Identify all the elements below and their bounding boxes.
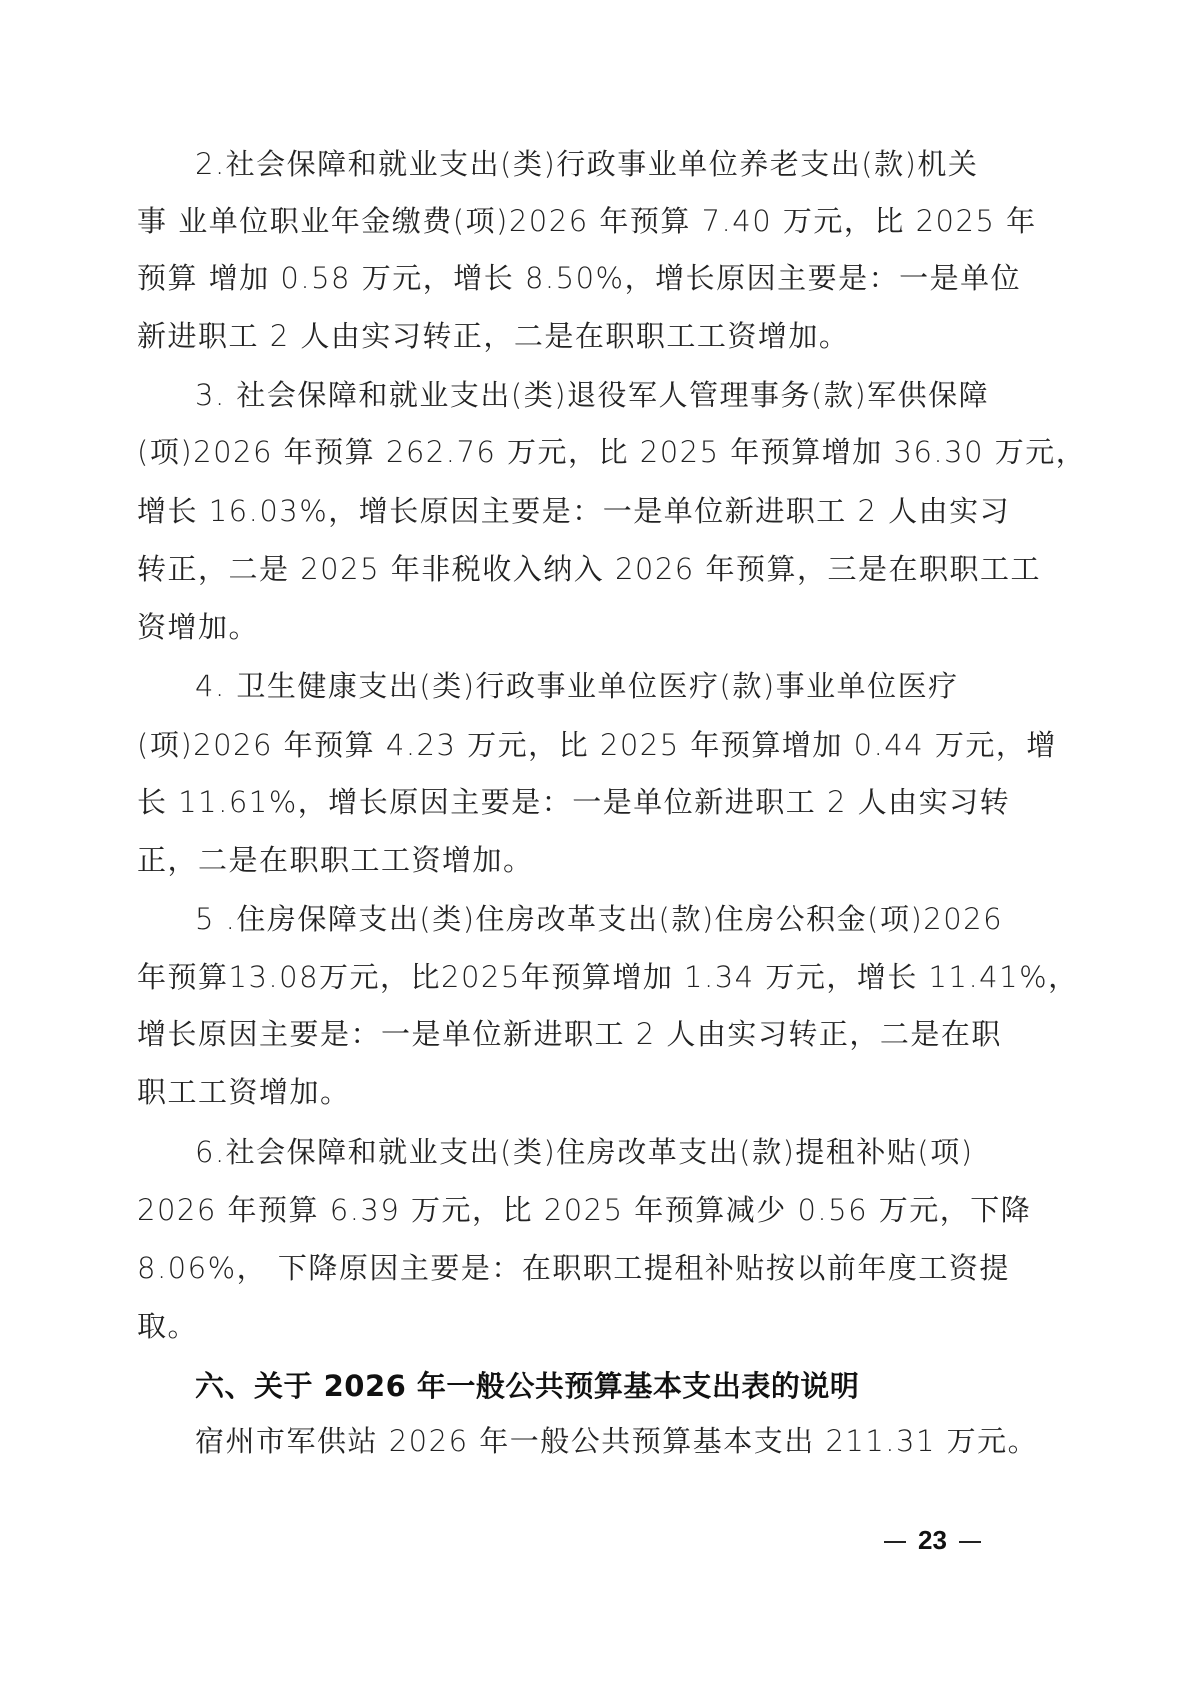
section-heading: 六、关于 2026 年一般公共预算基本支出表的说明 (195, 1366, 859, 1406)
item-3-line-4: 转正，二是 2025 年非税收入纳入 2026 年预算，三是在职职工工 (137, 549, 1041, 589)
item-3-line-3: 增长 16.03%，增长原因主要是：一是单位新进职工 2 人由实习 (137, 491, 1010, 531)
item-4-line-2: (项)2026 年预算 4.23 万元，比 2025 年预算增加 0.44 万元… (137, 725, 1057, 765)
page-number-value: 23 (918, 1525, 947, 1555)
item-4-line-3: 长 11.61%，增长原因主要是：一是单位新进职工 2 人由实习转 (137, 782, 1010, 822)
item-4-line-4: 正，二是在职职工工资增加。 (137, 840, 534, 880)
item-5-line-1: 5 .住房保障支出(类)住房改革支出(款)住房公积金(项)2026 (195, 899, 1003, 939)
item-2-line-1: 2.社会保障和就业支出(类)行政事业单位养老支出(款)机关 (195, 144, 978, 184)
page-number: 23 (872, 1522, 993, 1558)
item-6-line-1: 6.社会保障和就业支出(类)住房改革支出(款)提租补贴(项) (195, 1132, 974, 1172)
item-3-line-2: (项)2026 年预算 262.76 万元，比 2025 年预算增加 36.30… (137, 432, 1086, 472)
item-6-line-4: 取。 (137, 1306, 198, 1346)
document-page: 2.社会保障和就业支出(类)行政事业单位养老支出(款)机关 事 业单位职业年金缴… (0, 0, 1190, 1683)
item-2-line-4: 新进职工 2 人由实习转正，二是在职职工工资增加。 (137, 316, 849, 356)
item-5-line-3: 增长原因主要是：一是单位新进职工 2 人由实习转正，二是在职 (137, 1014, 1002, 1054)
section-body-line-1: 宿州市军供站 2026 年一般公共预算基本支出 211.31 万元。 (195, 1421, 1038, 1461)
item-4-line-1: 4. 卫生健康支出(类)行政事业单位医疗(款)事业单位医疗 (195, 666, 959, 706)
item-6-line-3: 8.06%， 下降原因主要是：在职职工提租补贴按以前年度工资提 (137, 1248, 1010, 1288)
item-2-line-2: 事 业单位职业年金缴费(项)2026 年预算 7.40 万元，比 2025 年 (137, 201, 1037, 241)
item-6-line-2: 2026 年预算 6.39 万元，比 2025 年预算减少 0.56 万元，下降 (137, 1190, 1031, 1230)
item-5-line-2: 年预算13.08万元，比2025年预算增加 1.34 万元，增长 11.41%， (137, 957, 1079, 997)
item-3-line-1: 3. 社会保障和就业支出(类)退役军人管理事务(款)军供保障 (195, 375, 989, 415)
page-number-left-dash (884, 1541, 906, 1543)
item-5-line-4: 职工工资增加。 (137, 1072, 351, 1112)
page-number-right-dash (959, 1541, 981, 1543)
item-2-line-3: 预算 增加 0.58 万元，增长 8.50%，增长原因主要是：一是单位 (137, 258, 1021, 298)
item-3-line-5: 资增加。 (137, 607, 259, 647)
